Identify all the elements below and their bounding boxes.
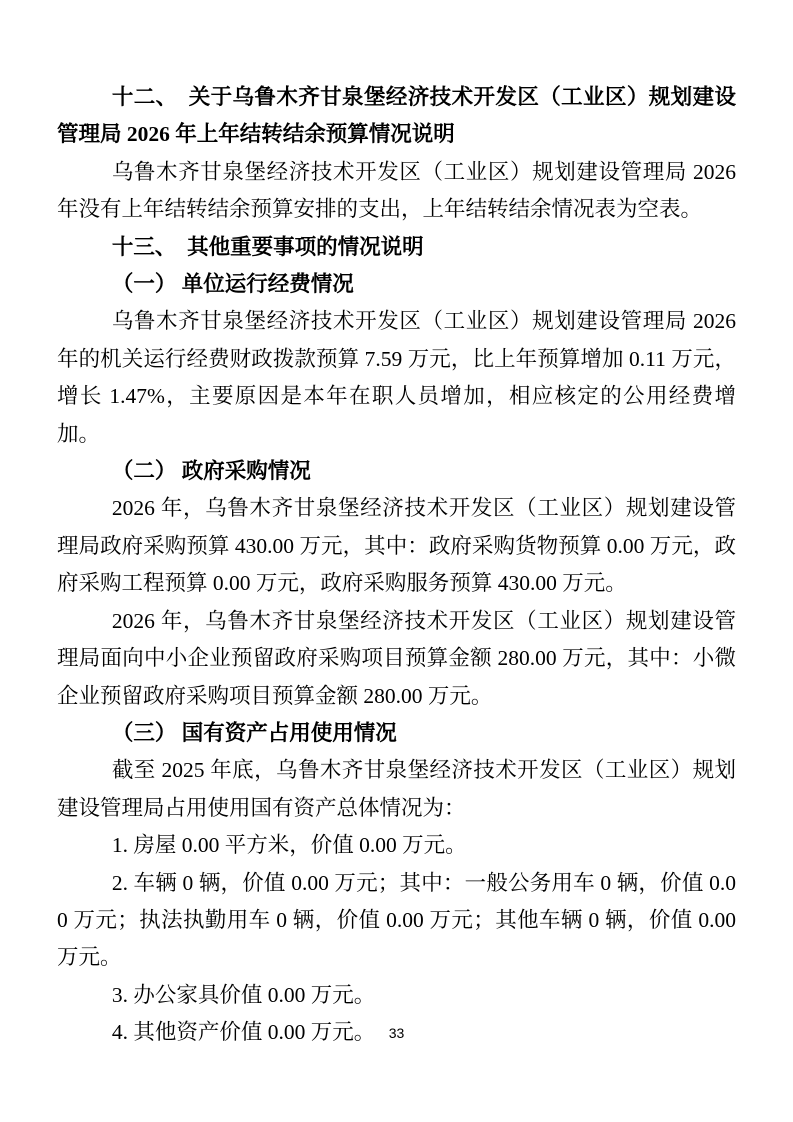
list-item-vehicles: 2. 车辆 0 辆，价值 0.00 万元；其中：一般公务用车 0 辆，价值 0.… bbox=[57, 865, 736, 977]
subsection-heading-operating-funds: （一） 单位运行经费情况 bbox=[57, 266, 736, 303]
paragraph-operating-funds: 乌鲁木齐甘泉堡经济技术开发区（工业区）规划建设管理局 2026 年的机关运行经费… bbox=[57, 303, 736, 453]
subsection-heading-state-assets: （三） 国有资产占用使用情况 bbox=[57, 715, 736, 752]
document-page: 十二、 关于乌鲁木齐甘泉堡经济技术开发区（工业区）规划建设管理局 2026 年上… bbox=[0, 0, 793, 1122]
paragraph-sme-reserved-budget: 2026 年，乌鲁木齐甘泉堡经济技术开发区（工业区）规划建设管理局面向中小企业预… bbox=[57, 603, 736, 715]
paragraph-procurement-budget: 2026 年，乌鲁木齐甘泉堡经济技术开发区（工业区）规划建设管理局政府采购预算 … bbox=[57, 490, 736, 602]
paragraph-carryover-statement: 乌鲁木齐甘泉堡经济技术开发区（工业区）规划建设管理局 2026 年没有上年结转结… bbox=[57, 154, 736, 229]
list-item-housing: 1. 房屋 0.00 平方米，价值 0.00 万元。 bbox=[57, 827, 736, 864]
section-heading-12: 十二、 关于乌鲁木齐甘泉堡经济技术开发区（工业区）规划建设管理局 2026 年上… bbox=[57, 79, 736, 154]
section-heading-13: 十三、 其他重要事项的情况说明 bbox=[57, 229, 736, 266]
list-item-office-furniture: 3. 办公家具价值 0.00 万元。 bbox=[57, 977, 736, 1014]
page-number: 33 bbox=[0, 1024, 793, 1042]
paragraph-state-assets-intro: 截至 2025 年底，乌鲁木齐甘泉堡经济技术开发区（工业区）规划建设管理局占用使… bbox=[57, 752, 736, 827]
subsection-heading-procurement: （二） 政府采购情况 bbox=[57, 453, 736, 490]
